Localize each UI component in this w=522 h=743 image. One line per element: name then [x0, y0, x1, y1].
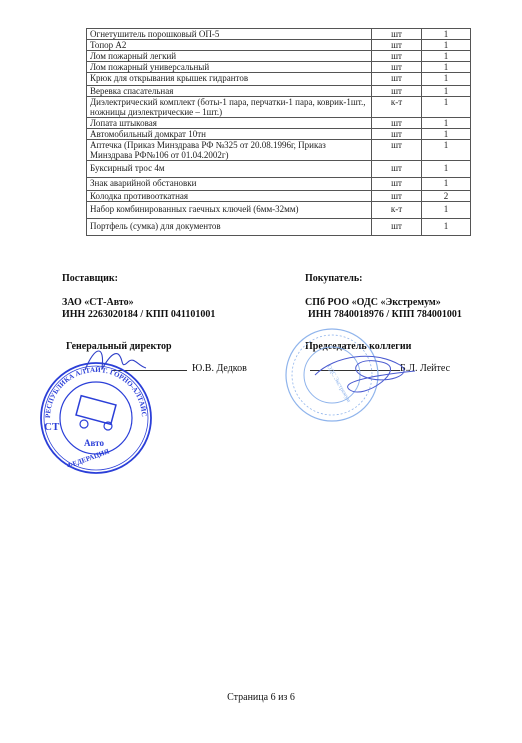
- item-unit: шт: [372, 219, 422, 236]
- item-name: Веревка спасательная: [87, 86, 372, 97]
- supplier-heading: Поставщик:: [62, 273, 118, 285]
- item-qty: 2: [422, 191, 471, 202]
- table-row: Огнетушитель порошковый ОП-5шт1: [87, 29, 471, 40]
- svg-text:СТ: СТ: [44, 421, 60, 433]
- table-row: Колодка противооткатнаяшт2: [87, 191, 471, 202]
- item-qty: 1: [422, 73, 471, 86]
- svg-text:Авто: Авто: [84, 438, 104, 448]
- item-qty: 1: [422, 51, 471, 62]
- item-name: Знак аварийной обстановки: [87, 178, 372, 191]
- item-name: Огнетушитель порошковый ОП-5: [87, 29, 372, 40]
- item-name: Топор А2: [87, 40, 372, 51]
- table-row: Крюк для открывания крышек гидрантовшт1: [87, 73, 471, 86]
- item-name: Автомобильный домкрат 10тн: [87, 129, 372, 140]
- item-unit: шт: [372, 73, 422, 86]
- item-unit: шт: [372, 129, 422, 140]
- table-row: Набор комбинированных гаечных ключей (6м…: [87, 202, 471, 219]
- item-unit: шт: [372, 51, 422, 62]
- item-qty: 1: [422, 118, 471, 129]
- page-number: Страница 6 из 6: [0, 692, 522, 703]
- item-qty: 1: [422, 219, 471, 236]
- table-row: Лопата штыковаяшт1: [87, 118, 471, 129]
- svg-text:ФЕДЕРАЦИЯ: ФЕДЕРАЦИЯ: [66, 447, 111, 470]
- table-row: Аптечка (Приказ Минздрава РФ №325 от 20.…: [87, 140, 471, 161]
- item-unit: к-т: [372, 97, 422, 118]
- item-name: Колодка противооткатная: [87, 191, 372, 202]
- table-row: Лом пожарный легкийшт1: [87, 51, 471, 62]
- item-unit: шт: [372, 40, 422, 51]
- supplier-signatory: Ю.В. Дедков: [192, 363, 247, 375]
- buyer-ids: ИНН 7840018976 / КПП 784001001: [308, 309, 462, 321]
- table-row: Веревка спасательнаяшт1: [87, 86, 471, 97]
- equipment-table: Огнетушитель порошковый ОП-5шт1Топор А2ш…: [86, 28, 471, 236]
- item-unit: шт: [372, 86, 422, 97]
- item-name: Диэлектрический комплект (боты-1 пара, п…: [87, 97, 372, 118]
- table-row: Лом пожарный универсальныйшт1: [87, 62, 471, 73]
- table-row: Знак аварийной обстановкишт1: [87, 178, 471, 191]
- item-qty: 1: [422, 86, 471, 97]
- item-name: Набор комбинированных гаечных ключей (6м…: [87, 202, 372, 219]
- item-qty: 1: [422, 178, 471, 191]
- item-unit: шт: [372, 161, 422, 178]
- item-unit: шт: [372, 118, 422, 129]
- buyer-company: СПб РОО «ОДС «Экстремум»: [305, 297, 441, 309]
- item-name: Буксирный трос 4м: [87, 161, 372, 178]
- item-name: Лом пожарный легкий: [87, 51, 372, 62]
- item-qty: 1: [422, 62, 471, 73]
- item-name: Крюк для открывания крышек гидрантов: [87, 73, 372, 86]
- item-qty: 1: [422, 129, 471, 140]
- table-row: Автомобильный домкрат 10тншт1: [87, 129, 471, 140]
- item-unit: шт: [372, 140, 422, 161]
- item-qty: 1: [422, 40, 471, 51]
- item-qty: 1: [422, 202, 471, 219]
- supplier-signature-icon: [80, 340, 150, 380]
- buyer-signature-icon: [305, 345, 425, 405]
- item-name: Аптечка (Приказ Минздрава РФ №325 от 20.…: [87, 140, 372, 161]
- item-unit: шт: [372, 29, 422, 40]
- item-name: Портфель (сумка) для документов: [87, 219, 372, 236]
- buyer-heading: Покупатель:: [305, 273, 362, 285]
- item-name: Лопата штыковая: [87, 118, 372, 129]
- item-unit: шт: [372, 178, 422, 191]
- item-unit: шт: [372, 191, 422, 202]
- supplier-company: ЗАО «СТ-Авто»: [62, 297, 134, 309]
- item-name: Лом пожарный универсальный: [87, 62, 372, 73]
- table-row: Топор А2шт1: [87, 40, 471, 51]
- item-qty: 1: [422, 97, 471, 118]
- item-qty: 1: [422, 140, 471, 161]
- item-unit: к-т: [372, 202, 422, 219]
- supplier-ids: ИНН 2263020184 / КПП 041101001: [62, 309, 215, 321]
- item-qty: 1: [422, 161, 471, 178]
- table-row: Портфель (сумка) для документовшт1: [87, 219, 471, 236]
- table-row: Буксирный трос 4мшт1: [87, 161, 471, 178]
- item-unit: шт: [372, 62, 422, 73]
- item-qty: 1: [422, 29, 471, 40]
- table-row: Диэлектрический комплект (боты-1 пара, п…: [87, 97, 471, 118]
